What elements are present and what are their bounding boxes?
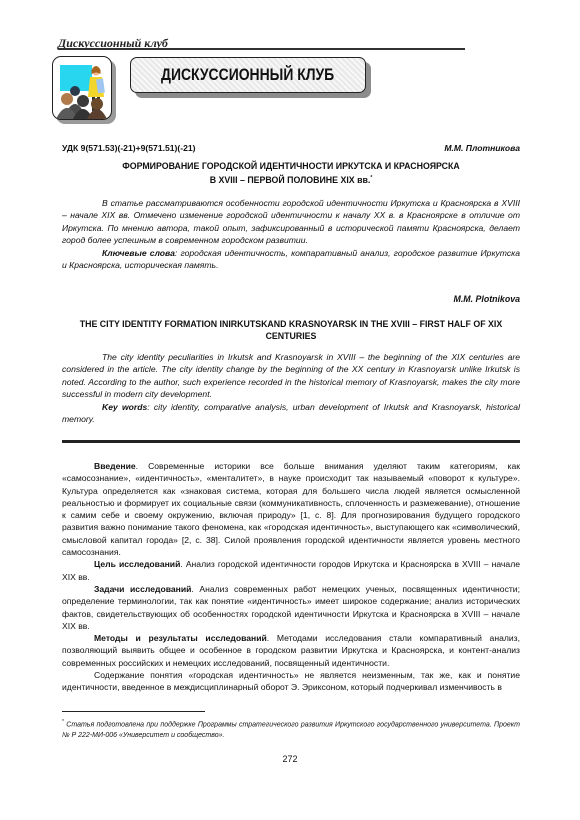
body-paragraph: Цель исследований. Анализ городской иден… — [62, 558, 520, 583]
article-body: Введение. Современные историки все больш… — [62, 460, 520, 694]
section-banner: ДИСКУССИОННЫЙ КЛУБ — [130, 57, 366, 93]
udk-code: УДК 9(571.53)(-21)+9(571.51)(-21) — [62, 143, 196, 153]
article-meta: УДК 9(571.53)(-21)+9(571.51)(-21) М.М. П… — [62, 143, 520, 153]
title-en-line2: CENTURIES — [62, 330, 520, 342]
abstract-ru-text: В статье рассматриваются особенности гор… — [62, 197, 520, 247]
title-ru: ФОРМИРОВАНИЕ ГОРОДСКОЙ ИДЕНТИЧНОСТИ ИРКУ… — [62, 160, 520, 186]
abstract-en-text: The city identity peculiarities in Irkut… — [62, 351, 520, 401]
body-paragraph: Содержание понятия «городская идентичнос… — [62, 669, 520, 694]
body-paragraph: Задачи исследований. Анализ современных … — [62, 583, 520, 632]
title-en: THE CITY IDENTITY FORMATION INIRKUTSKAND… — [62, 318, 520, 342]
section-divider — [62, 440, 520, 443]
footnote-text: Статья подготовлена при поддержке Програ… — [62, 721, 520, 739]
abstract-en: The city identity peculiarities in Irkut… — [62, 351, 520, 425]
body-paragraph: Методы и результаты исследований. Метода… — [62, 632, 520, 669]
paragraph-heading: Цель исследований — [94, 559, 180, 569]
paragraph-heading: Методы и результаты исследований — [94, 633, 267, 643]
author-ru: М.М. Плотникова — [444, 143, 520, 153]
keywords-en-label: Key words — [102, 402, 147, 412]
title-ru-line1: ФОРМИРОВАНИЕ ГОРОДСКОЙ ИДЕНТИЧНОСТИ ИРКУ… — [62, 160, 520, 172]
header-rule — [58, 48, 465, 50]
paragraph-text: Содержание понятия «городская идентичнос… — [62, 670, 520, 692]
banner-title: ДИСКУССИОННЫЙ КЛУБ — [161, 65, 334, 85]
paragraph-heading: Задачи исследований — [94, 584, 191, 594]
keywords-ru-label: Ключевые слова — [102, 248, 175, 258]
abstract-ru: В статье рассматриваются особенности гор… — [62, 197, 520, 271]
paragraph-heading: Введение — [94, 461, 136, 471]
body-paragraph: Введение. Современные историки все больш… — [62, 460, 520, 558]
footnote-marker: * — [370, 175, 372, 181]
paragraph-text: . Современные историки все больше вниман… — [62, 461, 520, 557]
footnote: * Статья подготовлена при поддержке Прог… — [62, 717, 520, 741]
title-ru-line2: В XVIII – ПЕРВОЙ ПОЛОВИНЕ XIX вв. — [210, 175, 371, 185]
author-en: M.M. Plotnikova — [454, 294, 520, 304]
presentation-clipart-icon — [52, 56, 112, 120]
footnote-rule — [62, 711, 205, 712]
page-number: 272 — [0, 754, 580, 764]
title-en-line1: THE CITY IDENTITY FORMATION INIRKUTSKAND… — [62, 318, 520, 330]
